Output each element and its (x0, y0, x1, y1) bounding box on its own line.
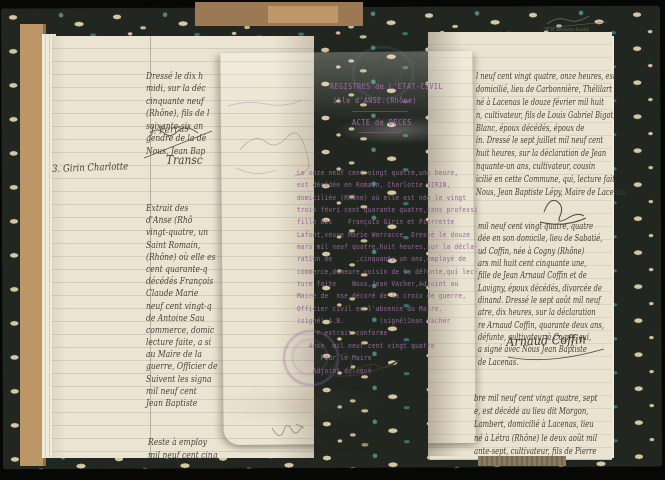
register-book-scan: 3. Girin Charlotte Dressé le dix hmidi, … (0, 0, 665, 480)
handwritten-line: Dressé le dix h (146, 71, 209, 83)
extract-header-line2: ille d'ANSE.(Rhône) (333, 96, 417, 105)
handwritten-line: (Rhône) où elle es (146, 252, 218, 264)
handwritten-line: né à Létra (Rhône) le deux août mil (474, 434, 597, 447)
handwritten-line: in. Dressé le sept juillet mil neuf cent (476, 136, 628, 149)
handwritten-line: n, cultivateur, fils de Louis Gabriel Bi… (476, 111, 628, 124)
handwritten-line: vingt-quatre, un (146, 227, 218, 239)
handwritten-line: Blanc, époux décédés, époux de (476, 124, 628, 137)
transcription-heading: Transc (166, 152, 203, 167)
handwritten-line: midi, sur la déc (146, 83, 209, 95)
sheet-number-note: 2e et dernière feuille (544, 27, 589, 33)
left-page-extract-paragraph: Extrait desd'Anse (Rhôvingt-quatre, unSa… (146, 170, 218, 410)
typed-line: trois févri cent quarante quatre,sans pr… (297, 205, 478, 217)
handwritten-line: fille de Jean Arnaud Coffin et de (478, 271, 604, 283)
typed-line: Lafont,veuve Marie Worracce. Dressé le d… (297, 230, 478, 242)
handwritten-line: Suivent les signa (146, 374, 218, 386)
handwritten-line: au Maire de la (146, 349, 218, 361)
handwritten-line: guerre, Officier de (146, 361, 218, 373)
handwritten-line: de Antoine Sau (146, 313, 218, 325)
typed-line: Maire de nse,décoré de la croix de guerr… (297, 291, 478, 303)
handwritten-line: mil neuf cent cinq (148, 450, 218, 463)
title-underline (359, 132, 401, 133)
handwritten-line: icilié en cette Commune, qui, lecture fa… (476, 175, 628, 188)
handwritten-line: Extrait des (146, 203, 218, 215)
handwritten-line: cinquante neuf (146, 96, 209, 108)
left-page-paragraph-top: Dressé le dix hmidi, sur la déccinquante… (146, 38, 209, 158)
handwritten-line: Reste à employ (148, 437, 218, 450)
spine-paper-top-light (268, 6, 338, 23)
handwritten-line: décédés François (146, 276, 218, 288)
handwritten-line: domicilié, lieu de Carbonnière, Thélilar… (476, 85, 628, 98)
handwritten-line: ud Coffin, née à Cogny (Rhône) (478, 247, 604, 259)
header-underline (352, 111, 408, 112)
handwritten-line: Saint Romain, (146, 240, 218, 252)
handwritten-line: commerce, domic (146, 325, 218, 337)
handwritten-line: nquante-un ans, cultivateur, cousin (476, 162, 628, 175)
handwritten-line: neuf cent vingt-q (146, 301, 218, 313)
left-page-closing-note: Reste à employmil neuf cent cinq (148, 404, 218, 463)
handwritten-line: atre, dix heures, sur la déclaration (478, 308, 604, 320)
typed-line: fille des François Girin et Pierrette (297, 217, 478, 229)
right-page-act-1: l neuf cent vingt quatre, onze heures, e… (476, 42, 628, 201)
signature-arnaud-coffin: Arnaud Coffin (506, 331, 586, 349)
handwritten-line: bre mil neuf cent vingt quatre, sept (474, 394, 597, 407)
handwritten-line: (Rhône), fils de l (146, 108, 209, 120)
typed-line: Le onze neuf cent vingt quatre,une heure… (297, 168, 478, 180)
handwritten-line: ars mil huit cent cinquante une, (478, 259, 604, 271)
typed-line: commerce,demeure,voisin de la défunte,qu… (297, 267, 478, 279)
handwritten-line: mil neuf cent (146, 386, 218, 398)
handwritten-line: ante-sept, cultivateur, fils de Pierre (474, 447, 597, 460)
handwritten-line: dinand. Dressé le sept août mil neuf (478, 296, 604, 308)
handwritten-line: Claude Marie (146, 288, 218, 300)
handwritten-line: Lambert, domicilié à Lacenas, lieu (474, 420, 597, 433)
handwritten-line: d'Anse (Rhô (146, 215, 218, 227)
handwritten-line: né à Lacenas le douze février mil huit (476, 98, 628, 111)
typed-line: est décédée en Romain, Charlotte GIRIN, (297, 180, 478, 192)
typed-line: (signé) A.B. (signé)Jean Vacher (297, 316, 478, 328)
typed-line: domiciliée (Rhône) où elle est née le vi… (297, 193, 478, 205)
acte-de-deces-title: ACTE de DECES (352, 118, 412, 127)
handwritten-line: cent quarante-q (146, 264, 218, 276)
right-page-act-3: bre mil neuf cent vingt quatre, septe, e… (474, 364, 597, 460)
handwritten-line: e, est décédé au lieu dit Morgon, (474, 407, 597, 420)
handwritten-line: huit heures, sur la déclaration de Jean (476, 149, 628, 162)
handwritten-line: dée en son domicile, lieu de Sabatié, (478, 234, 604, 246)
handwritten-line: l neuf cent vingt quatre, onze heures, e… (476, 72, 628, 85)
mairie-round-stamp-inner (292, 339, 328, 375)
extract-header-line1: REGISTRES de L'ETAT-CIVIL (330, 82, 443, 91)
typed-line: Officier civil en l'absence du Maire. (297, 304, 478, 316)
typed-line: ture faite Nous,Jean Vacher,Adjoint au (297, 279, 478, 291)
handwritten-line: mil neuf cent vingt quatre, quatre (478, 222, 604, 234)
typed-line: mars mil neuf quatre,huit heures,sur la … (297, 242, 478, 254)
typed-line: ration de ,cinquante un ans,employé de (297, 254, 478, 266)
handwritten-line: lecture faite, a si (146, 337, 218, 349)
handwritten-line: Lavigny, époux décédés, divorcée de (478, 284, 604, 296)
